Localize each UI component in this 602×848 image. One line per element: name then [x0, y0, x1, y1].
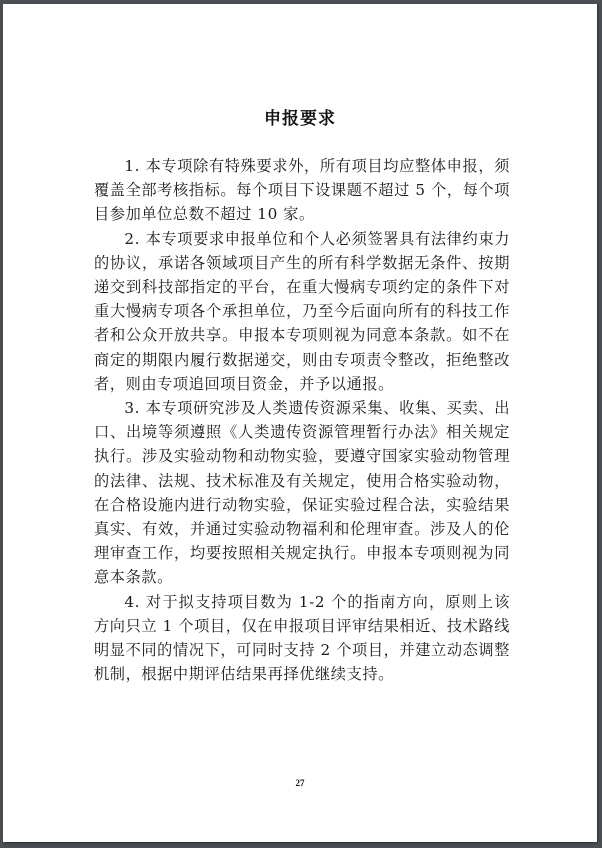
page-title: 申报要求: [3, 104, 597, 129]
document-page: 申报要求 1. 本专项除有特殊要求外，所有项目均应整体申报，须覆盖全部考核指标。…: [3, 4, 597, 842]
page-number: 27: [3, 778, 597, 788]
document-body: 1. 本专项除有特殊要求外，所有项目均应整体申报，须覆盖全部考核指标。每个项目下…: [94, 154, 510, 686]
paragraph-2: 2. 本专项要求申报单位和个人必须签署具有法律约束力的协议，承诺各领域项目产生的…: [94, 227, 510, 396]
paragraph-3: 3. 本专项研究涉及人类遗传资源采集、收集、买卖、出口、出境等须遵照《人类遗传资…: [94, 396, 510, 590]
document-viewer: 申报要求 1. 本专项除有特殊要求外，所有项目均应整体申报，须覆盖全部考核指标。…: [0, 0, 602, 848]
paragraph-1: 1. 本专项除有特殊要求外，所有项目均应整体申报，须覆盖全部考核指标。每个项目下…: [94, 154, 510, 227]
paragraph-4: 4. 对于拟支持项目数为 1-2 个的指南方向，原则上该方向只立 1 个项目，仅…: [94, 590, 510, 687]
